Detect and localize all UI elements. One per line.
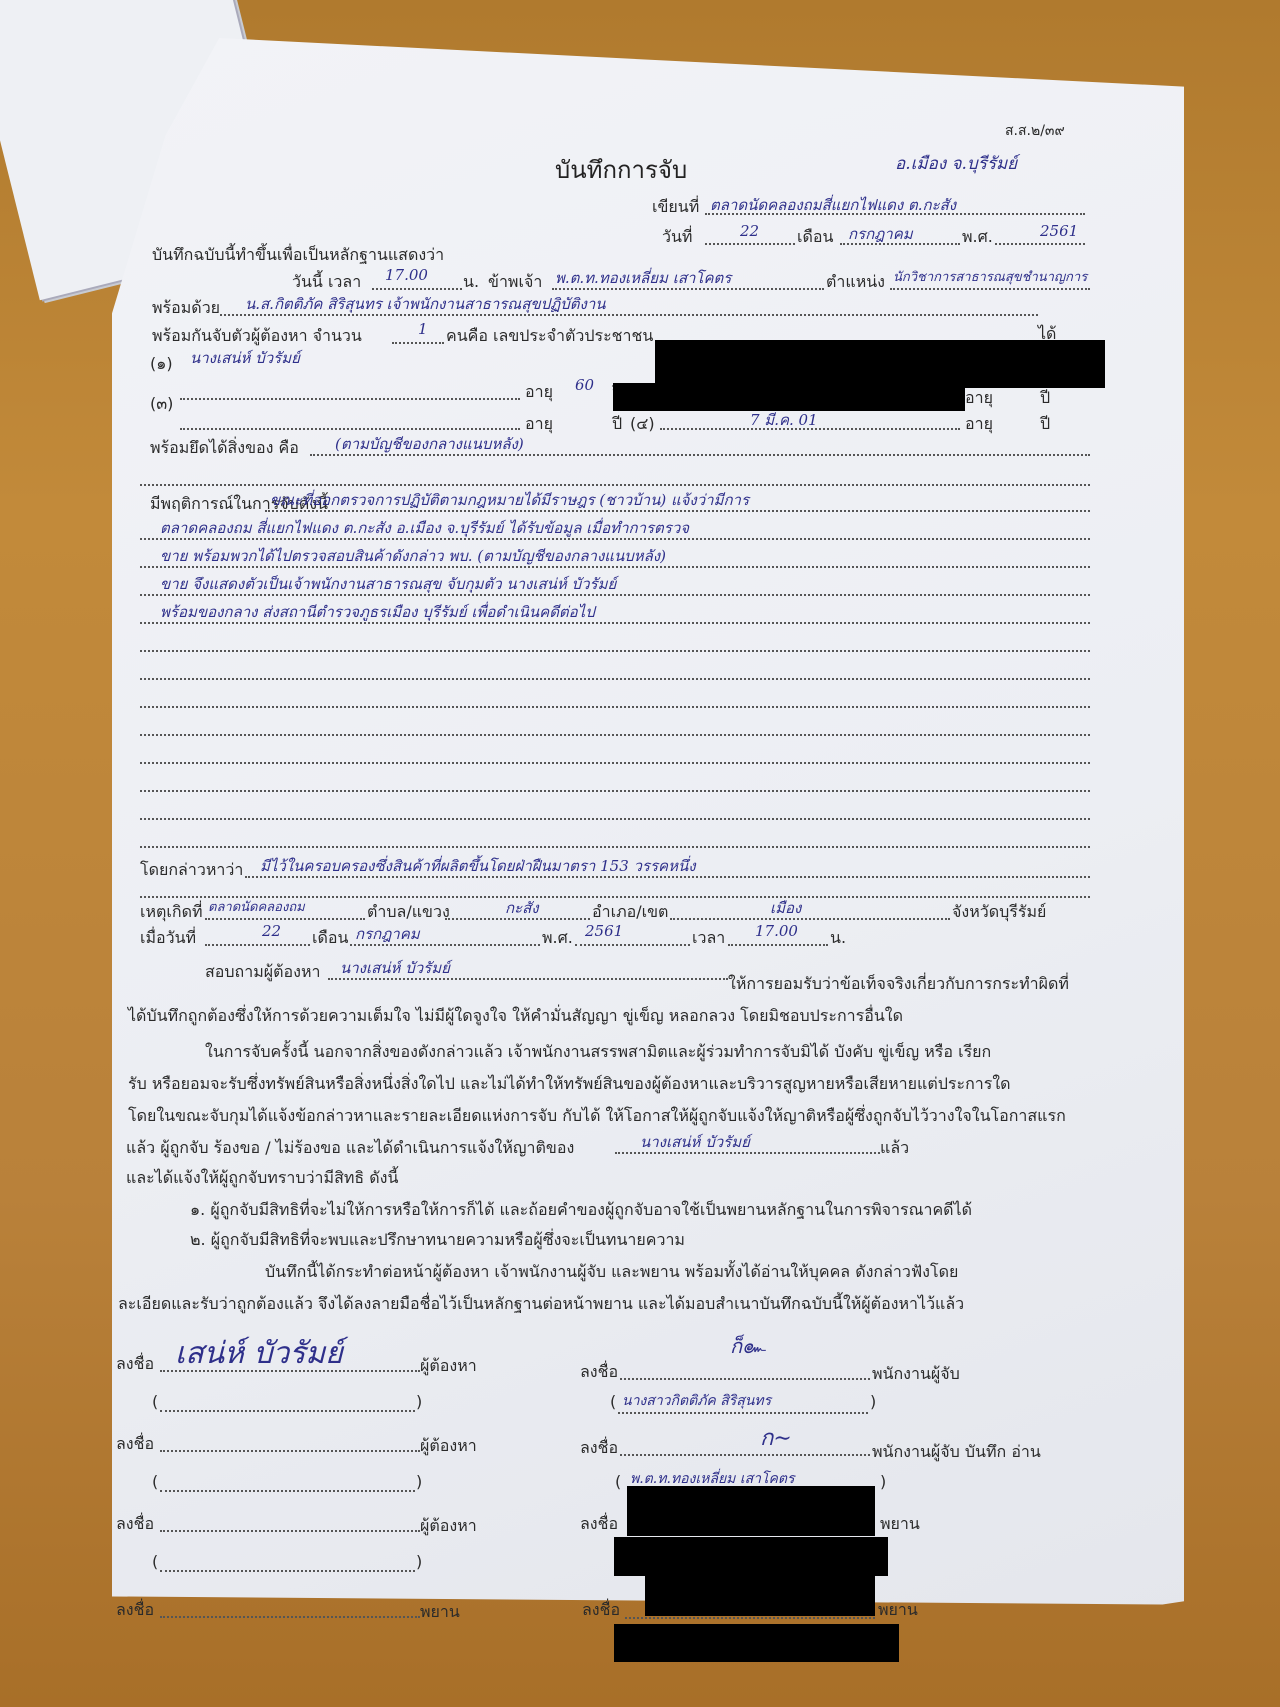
redacted-witness-2-signature — [645, 1576, 875, 1616]
rights-line4-prefix: แล้ว ผู้ถูกจับ ร้องขอ / ไม่ร้องขอ และได้… — [126, 1136, 574, 1161]
form-code: ส.ส.๒/๓๙ — [1005, 120, 1065, 142]
right-2: ๒. ผู้ถูกจับมีสิทธิที่จะพบและปรึกษาทนายค… — [190, 1228, 685, 1253]
circumstance-line: ขาย พร้อมพวกได้ไปตรวจสอบสินค้าดังกล่าว พ… — [160, 544, 666, 568]
suspect-2-age-label: อายุ — [965, 386, 993, 411]
right-1: ๑. ผู้ถูกจับมีสิทธิที่จะไม่ให้การหรือให้… — [190, 1198, 972, 1223]
circumstance-line: ตลาดคลองถม สี่แยกไฟแดง ต.กะสัง อ.เมือง จ… — [160, 516, 689, 540]
with-label: พร้อมด้วย — [152, 296, 220, 321]
arresting-officer-printed-name: นางสาวกิตติภัค สิริสุนทร — [622, 1390, 771, 1412]
arresting-officer-signature-mark: ก็๛ — [730, 1330, 765, 1362]
redacted-id-number — [655, 340, 1105, 388]
incident-month-label: เดือน — [312, 926, 348, 951]
sign-label-r2: ลงชื่อ — [580, 1436, 618, 1461]
rights-line4-suffix: แล้ว — [880, 1136, 909, 1161]
district-value: เมือง — [770, 896, 801, 920]
charge-value: มีไว้ในครอบครองซึ่งสินค้าที่ผลิตขึ้นโดยฝ… — [260, 854, 696, 878]
sign-label: ลงชื่อ — [116, 1598, 154, 1623]
sign-label: ลงชื่อ — [116, 1432, 154, 1457]
date-month-label: เดือน — [797, 225, 833, 250]
ruled-line — [140, 790, 1090, 792]
incident-time-unit: น. — [830, 926, 846, 951]
suspect-1-age: 60 — [575, 376, 594, 394]
recorder-signature-mark: ก∼ — [760, 1420, 792, 1455]
intro-text: บันทึกฉบับนี้ทำขึ้นเพื่อเป็นหลักฐานแสดงว… — [152, 243, 444, 268]
rights-line1: ในการจับครั้งนี้ นอกจากสิ่งของดังกล่าวแล… — [205, 1040, 991, 1065]
sign-role: ผู้ต้องหา — [420, 1434, 477, 1459]
rights-line5: และได้แจ้งให้ผู้ถูกจับทราบว่ามีสิทธิ ดัง… — [126, 1166, 398, 1191]
ruled-line — [140, 650, 1090, 652]
redacted-witness-1-name — [614, 1537, 888, 1576]
suspect-4-age-label: อายุ — [965, 412, 993, 437]
redacted-witness-1-signature — [627, 1486, 875, 1536]
sign-role: ผู้ต้องหา — [420, 1354, 477, 1379]
sign-role-r4: พยาน — [878, 1598, 918, 1623]
header-note: อ.เมือง จ.บุรีรัมย์ — [895, 150, 1017, 177]
arrest-count-suffix: คนคือ เลขประจำตัวประชาชน — [446, 324, 653, 349]
sign-label-r3: ลงชื่อ — [580, 1512, 618, 1537]
arrest-count: 1 — [418, 320, 428, 338]
suspect-4-note: 7 มี.ค. 01 — [750, 408, 818, 432]
interrogation-line2: ได้บันทึกถูกต้องซึ่งให้การด้วยความเต็มใจ… — [128, 1004, 903, 1029]
sign-role-r3: พยาน — [880, 1512, 920, 1537]
sign-label-r1: ลงชื่อ — [580, 1360, 618, 1385]
ruled-line — [140, 678, 1090, 680]
position-label: ตำแหน่ง — [826, 270, 885, 295]
charge-label: โดยกล่าวหาว่า — [140, 858, 243, 883]
incident-day: 22 — [262, 922, 281, 940]
sign-role-r2: พนักงานผู้จับ บันทึก อ่าน — [872, 1440, 1041, 1465]
location-label: เหตุเกิดที่ — [140, 900, 203, 925]
sign-role: ผู้ต้องหา — [420, 1514, 477, 1539]
sign-label-r4: ลงชื่อ — [582, 1598, 620, 1623]
closing-line1: บันทึกนี้ได้กระทำต่อหน้าผู้ต้องหา เจ้าพน… — [265, 1260, 958, 1285]
written-at-value: ตลาดนัดคลองถมสี่แยกไฟแดง ต.กะสัง — [710, 193, 956, 217]
interrogation-suffix: ให้การยอมรับว่าข้อเท็จจริงเกี่ยวกับการกร… — [728, 972, 1069, 997]
ruled-line — [140, 762, 1090, 764]
date-month: กรกฎาคม — [848, 222, 913, 246]
seized-value: (ตามบัญชีของกลางแนบหลัง) — [335, 432, 524, 456]
sign-role: พยาน — [420, 1600, 460, 1625]
incident-year-label: พ.ศ. — [542, 926, 573, 951]
incident-month: กรกฎาคม — [355, 922, 420, 946]
rights-line3: โดยในขณะจับกุมได้แจ้งข้อกล่าวหาและรายละเ… — [128, 1104, 1066, 1129]
date-year: 2561 — [1040, 222, 1078, 240]
closing-line2: ละเอียดและรับว่าถูกต้องแล้ว จึงได้ลงลายม… — [118, 1292, 964, 1317]
page-title: บันทึกการจับ — [555, 150, 687, 189]
suspect-signature: เสน่ห์ บัวรัมย์ — [175, 1330, 343, 1377]
province-label: จังหวัดบุรีรัมย์ — [952, 900, 1046, 925]
with-value: น.ส.กิตติภัค สิริสุนทร เจ้าพนักงานสาธารณ… — [245, 292, 606, 316]
redacted-suspect-2 — [613, 383, 965, 411]
interrogation-label: สอบถามผู้ต้องหา — [205, 960, 320, 985]
suspect-3-year-label: ปี — [612, 412, 622, 437]
interrogation-value: นางเสน่ห์ บัวรัมย์ — [340, 956, 450, 980]
location-value: ตลาดนัดคลองถม — [208, 896, 305, 917]
sign-label: ลงชื่อ — [116, 1352, 154, 1377]
suspect-3-index: (๓) — [150, 392, 173, 417]
date-year-label: พ.ศ. — [962, 225, 993, 250]
officer-name: พ.ต.ท.ทองเหลี่ยม เสาโคตร — [555, 266, 731, 290]
date-day: 22 — [740, 222, 759, 240]
date-day-label: วันที่ — [662, 225, 692, 250]
sign-role-r1: พนักงานผู้จับ — [872, 1362, 960, 1387]
arrest-time: 17.00 — [385, 266, 428, 284]
rights-line2: รับ หรือยอมจะรับซึ่งทรัพย์สินหรือสิ่งหนึ… — [128, 1072, 1011, 1097]
circumstance-line: พร้อมของกลาง ส่งสถานีตำรวจภูธรเมือง บุรี… — [160, 600, 595, 624]
ruled-line — [140, 818, 1090, 820]
incident-time-label: เวลา — [692, 926, 725, 951]
subdistrict-value: กะสัง — [505, 896, 539, 920]
seized-label: พร้อมยึดได้สิ่งของ คือ — [150, 436, 299, 461]
ruled-line — [140, 846, 1090, 848]
incident-time: 17.00 — [755, 922, 798, 940]
suspect-4-index: (๔) — [630, 412, 655, 437]
incident-year: 2561 — [585, 922, 623, 940]
circumstance-line: ขาย จึงแสดงตัวเป็นเจ้าพนักงานสาธารณสุข จ… — [160, 572, 616, 596]
suspect-1-name: นางเสน่ห์ บัวรัมย์ — [190, 346, 300, 370]
officer-position: นักวิชาการสาธารณสุขชำนาญการ — [893, 266, 1087, 287]
written-at-label: เขียนที่ — [652, 195, 699, 220]
incident-date-label: เมื่อวันที่ — [140, 926, 196, 951]
relative-notified-of: นางเสน่ห์ บัวรัมย์ — [640, 1130, 750, 1154]
ruled-line — [140, 706, 1090, 708]
suspect-1-index: (๑) — [150, 352, 173, 377]
suspect-1-age-label: อายุ — [525, 380, 553, 405]
suspect-3-age-label: อายุ — [525, 412, 553, 437]
suspect-2-year-label: ปี — [1040, 386, 1050, 411]
suspect-4-year-label: ปี — [1040, 412, 1050, 437]
redacted-witness-2-name — [614, 1624, 899, 1662]
sign-label: ลงชื่อ — [116, 1512, 154, 1537]
ruled-line — [140, 734, 1090, 736]
circumstance-line: ขณะที่ออกตรวจการปฏิบัติตามกฎหมายได้มีราษ… — [270, 488, 749, 512]
